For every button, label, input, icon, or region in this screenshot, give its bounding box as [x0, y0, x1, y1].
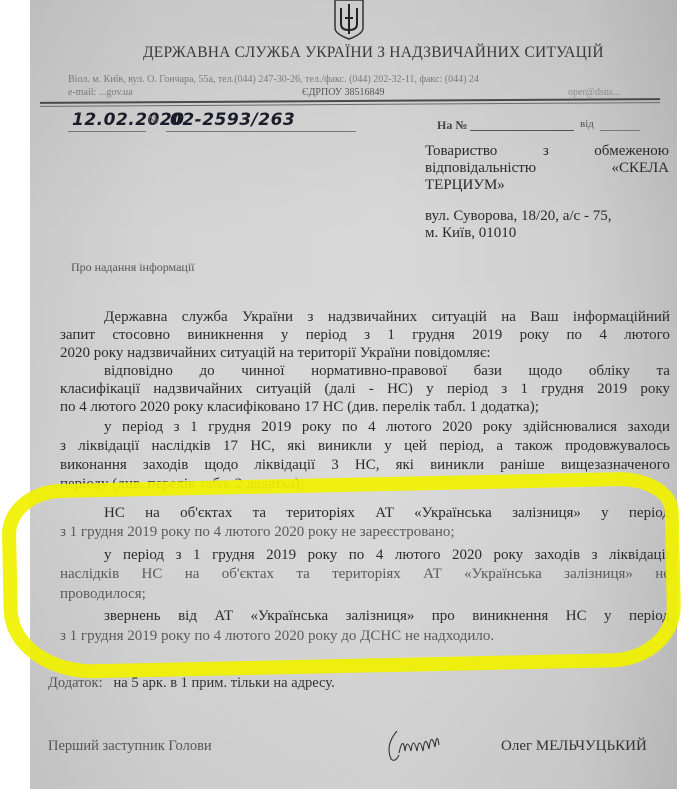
body-line: зліквідаціїнаслідків17НС,яківиниклиуцейп…	[60, 438, 670, 455]
outgoing-number: 02-2593/263	[170, 110, 295, 130]
body-line: запитстосовновиникненняуперіодз1грудня20…	[60, 327, 670, 344]
body-line: виконаннязаходівщодоліквідації3НС,яківин…	[60, 457, 670, 474]
outgoing-date: 12.02.2020	[72, 110, 185, 130]
contacts-line: Віол. м. Київ, вул. О. Гончара, 55а, тел…	[68, 74, 479, 85]
organization-name: ДЕРЖАВНА СЛУЖБА УКРАЇНИ З НАДЗВИЧАЙНИХ С…	[143, 44, 604, 62]
from-label: від	[580, 118, 594, 130]
body-line: 2020 року надзвичайних ситуацій на терит…	[60, 345, 670, 362]
subject-line: Про надання інформації	[71, 260, 195, 275]
recipient-line-1: Товариство з обмеженою	[425, 143, 669, 160]
recipient-address-1: вул. Суворова, 18/20, а/с - 75,	[425, 208, 611, 225]
signer-title: Перший заступник Голови	[48, 738, 212, 755]
handwritten-signature-icon	[383, 725, 453, 765]
attachment-note: Додаток: на 5 арк. в 1 прим. тільки на а…	[48, 675, 335, 692]
body-line: уперіодз1грудня2019рокупо4лютого2020року…	[104, 419, 670, 436]
email-line: e-mail: ...gov.ua	[68, 87, 133, 98]
edrpou-code: ЄДРПОУ 38516849	[302, 87, 384, 98]
in-reply-label: На №	[437, 118, 467, 133]
body-line: по 4 лютого 2020 року класифіковано 17 Н…	[60, 399, 670, 416]
body-line: класифікаціїнадзвичайнихситуацій(далі-НС…	[60, 381, 670, 398]
signer-name: Олег МЕЛЬЧУЦЬКИЙ	[501, 738, 647, 755]
body-line: ДержавнаслужбаУкраїнизнадзвичайнихситуац…	[104, 309, 670, 326]
recipient-line-3: ТЕРЦИУМ»	[425, 177, 505, 194]
yellow-highlight-annotation	[1, 471, 682, 680]
body-line: відповіднодочинноїнормативно-правовоїбаз…	[104, 363, 670, 380]
email-right: oper@dsns...	[568, 87, 620, 98]
recipient-address-2: м. Київ, 01010	[425, 225, 516, 242]
trident-coat-of-arms-icon	[331, 0, 367, 40]
recipient-line-2: відповідальністю «СКЕЛА	[425, 160, 669, 177]
number-sign: №	[148, 114, 159, 126]
